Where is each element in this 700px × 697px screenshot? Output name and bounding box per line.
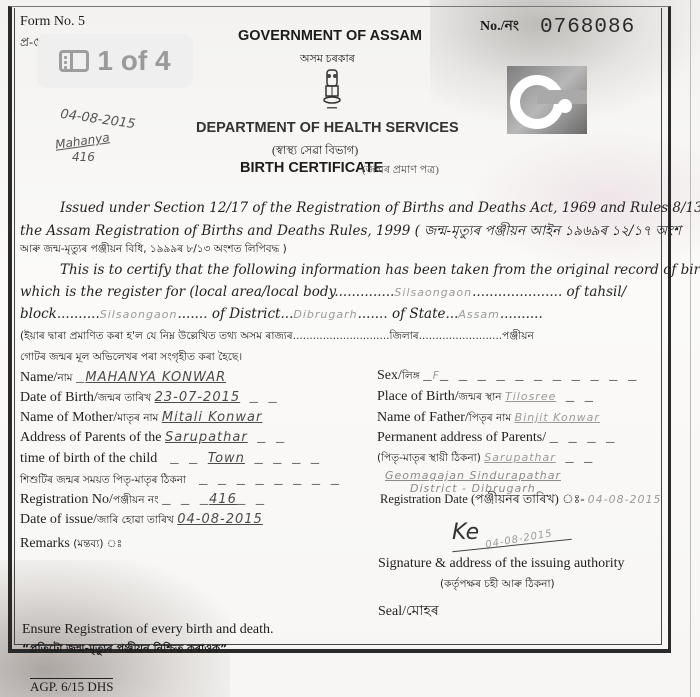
field-label: Date of Birth/	[20, 390, 98, 405]
department-heading-bn: (স্বাস্থ্য সেৱা বিভাগ)	[272, 142, 358, 161]
field-date-of-birth: Date of Birth/জন্মৰ তাৰিখ 23-07-2015 _ _	[20, 390, 278, 408]
field-label-bn: জাৰি হোৱা তাৰিখ	[97, 514, 174, 526]
field-label-bn: শিশুটিৰ জন্মৰ সময়ত পিতৃ-মাতৃৰ ঠিকনা	[20, 474, 186, 486]
seal-label: Seal/মোহৰ	[378, 599, 439, 623]
field-address-at-birth-bn: শিশুটিৰ জন্মৰ সময়ত পিতৃ-মাতৃৰ ঠিকনা _ _…	[20, 472, 340, 490]
field-label: Address of Parents of the	[20, 430, 162, 445]
handwritten-number: 416	[72, 150, 95, 164]
field-label-bn: নাম	[57, 372, 72, 384]
preamble-line-bn: গোটৰ জন্মৰ মূল অভিলেখৰ পৰা সংগৃহীত কৰা হ…	[20, 350, 242, 367]
field-sex: Sex/লিঙ্গ _F_ _ _ _ _ _ _ _ _ _ _	[377, 368, 637, 386]
field-label: Registration Date (পঞ্জীয়নৰ তাৰিখ) ঃ-	[380, 492, 585, 506]
footer-note: Ensure Registration of every birth and d…	[22, 622, 274, 638]
field-label: Place of Birth/	[377, 389, 459, 404]
field-label-bn: মাতৃৰ নাম	[117, 412, 158, 424]
preamble-text: জিলাৰ	[390, 330, 419, 342]
sex-value: F	[433, 369, 440, 382]
permanent-address-value: Sarupathar	[484, 451, 556, 464]
date-of-issue-value: 04-08-2015	[177, 512, 263, 527]
preamble-line: which is the register for (local area/lo…	[20, 284, 626, 300]
government-heading: GOVERNMENT OF ASSAM	[238, 28, 422, 44]
field-label-bn: (মন্তব্য) ঃ	[73, 538, 122, 550]
print-code: AGP. 6/15 DHS	[30, 678, 113, 695]
field-label: Date of issue/	[20, 512, 97, 527]
sidebar-pages-icon[interactable]	[59, 50, 89, 72]
paper-edge	[690, 0, 691, 697]
preamble-text: পঞ্জীয়ন	[502, 330, 534, 342]
field-permanent-address: Permanent address of Parents/ _ _ _ _	[377, 430, 615, 446]
certificate-title-bn: (জন্মৰ প্ৰমাণ পত্ৰ)	[362, 161, 439, 180]
preamble-line: the Assam Registration of Births and Dea…	[20, 220, 681, 243]
registration-date-value: 04-08-2015	[588, 493, 662, 506]
preamble-line-bn: (ইয়াৰ দ্বাৰা প্ৰমাণিত কৰা হ'ল যে নিম্ন …	[20, 329, 534, 346]
serial-number: 0768086	[540, 16, 635, 39]
field-remarks: Remarks (মন্তব্য) ঃ	[20, 536, 122, 554]
department-heading: DEPARTMENT OF HEALTH SERVICES	[196, 120, 459, 136]
preamble-text: the Assam Registration of Births and Dea…	[20, 223, 681, 239]
preamble-line-bn: আৰু জন্ম-মৃত্যুৰ পঞ্জীয়ন বিধি, ১৯৯৯ৰ ৮/…	[20, 242, 287, 259]
field-name: Name/নাম _MAHANYA KONWAR	[20, 370, 226, 388]
preamble-text: (ইয়াৰ দ্বাৰা প্ৰমাণিত কৰা হ'ল যে নিম্ন …	[20, 330, 293, 342]
field-label: Remarks	[20, 536, 73, 551]
field-label-bn: (পিতৃ-মাতৃৰ স্থায়ী ঠিকনা)	[377, 452, 481, 464]
mother-name-value: Mitali Konwar	[162, 410, 262, 425]
field-label: Name of Father/	[377, 410, 469, 425]
signature-label-bn: (কর্তৃপক্ষৰ চহী আৰু ঠিকনা)	[440, 577, 555, 594]
state-value: Assam	[458, 308, 499, 321]
place-of-birth-value: Tilosree	[505, 390, 556, 403]
field-label: time of birth of the child	[20, 451, 157, 466]
field-label: Registration No/	[20, 492, 113, 507]
preamble-line: block..........Silsaongaon....... of Dis…	[20, 306, 543, 322]
page-indicator-text: 1 of 4	[97, 45, 170, 77]
field-mother-name: Name of Mother/মাতৃৰ নাম Mitali Konwar	[20, 410, 262, 428]
field-label-bn: লিঙ্গ	[402, 370, 420, 382]
field-label-bn: জন্মৰ তাৰিখ	[98, 392, 151, 404]
field-address-at-birth-cont: time of birth of the child _ _ Town _ _ …	[20, 451, 320, 467]
preamble-text: of tahsil/	[567, 284, 627, 300]
field-father-name: Name of Father/পিতৃৰ নাম Binjit Konwar	[377, 410, 600, 428]
preamble-text: of State	[392, 306, 446, 322]
address-at-birth-value-2: Town	[208, 451, 245, 466]
child-name-value: MAHANYA KONWAR	[85, 370, 226, 385]
father-name-value: Binjit Konwar	[515, 411, 600, 424]
field-label-bn: জন্মৰ স্থান	[459, 391, 502, 403]
page-indicator[interactable]: 1 of 4	[37, 34, 193, 88]
preamble-text: of District	[212, 306, 281, 322]
form-number: Form No. 5	[20, 14, 85, 30]
date-of-birth-value: 23-07-2015	[155, 390, 241, 405]
preamble-text: block	[20, 306, 57, 322]
district-value: Dibrugarh	[293, 308, 357, 321]
field-registration-no: Registration No/পঞ্জীয়ন নং _ _ _416_ _	[20, 492, 265, 510]
field-permanent-address-bn: (পিতৃ-মাতৃৰ স্থায়ী ঠিকনা) Sarupathar _ …	[377, 450, 593, 468]
field-date-of-issue: Date of issue/জাৰি হোৱা তাৰিখ 04-08-2015	[20, 512, 263, 530]
field-label-bn: পিতৃৰ নাম	[469, 412, 511, 424]
field-label: Permanent address of Parents/	[377, 430, 546, 445]
preamble-line: This is to certify that the following in…	[60, 262, 700, 278]
permanent-address-value-2: Geomagajan Sindurapathar	[385, 469, 561, 482]
field-address-at-birth: Address of Parents of the Sarupathar _ _	[20, 430, 285, 446]
footer-note-bn: “প্ৰতিটো জন্ম-মৃত্যুৰ পঞ্জীয়ন নিশ্চিত ক…	[22, 640, 227, 659]
preamble-line: Issued under Section 12/17 of the Regist…	[60, 200, 700, 216]
preamble-text: which is the register for (local area/lo…	[20, 284, 334, 300]
field-label: Sex/	[377, 368, 402, 383]
address-at-birth-value: Sarupathar	[165, 430, 248, 445]
department-logo-icon	[507, 66, 587, 134]
certificate-page: Form No. 5 প্র-৫ GOVERNMENT OF ASSAM অসম…	[0, 0, 700, 697]
registration-no-value: 416	[209, 492, 237, 507]
field-label: Name of Mother/	[20, 410, 117, 425]
block-value: Silsaongaon	[100, 308, 178, 321]
local-body-value: Silsaongaon	[394, 286, 472, 299]
handwritten-signature: Ke	[452, 520, 479, 545]
serial-number-label: No./নং	[480, 14, 519, 38]
field-label-bn: পঞ্জীয়ন নং	[113, 494, 159, 506]
field-registration-date: Registration Date (পঞ্জীয়নৰ তাৰিখ) ঃ- 0…	[380, 491, 662, 511]
field-label: Name/	[20, 370, 57, 385]
field-place-of-birth: Place of Birth/জন্মৰ স্থান Tilosree _ _	[377, 389, 594, 407]
national-emblem-icon	[318, 68, 346, 112]
government-heading-bn: অসম চৰকাৰ	[300, 50, 355, 69]
signature-label: Signature & address of the issuing autho…	[378, 556, 625, 572]
